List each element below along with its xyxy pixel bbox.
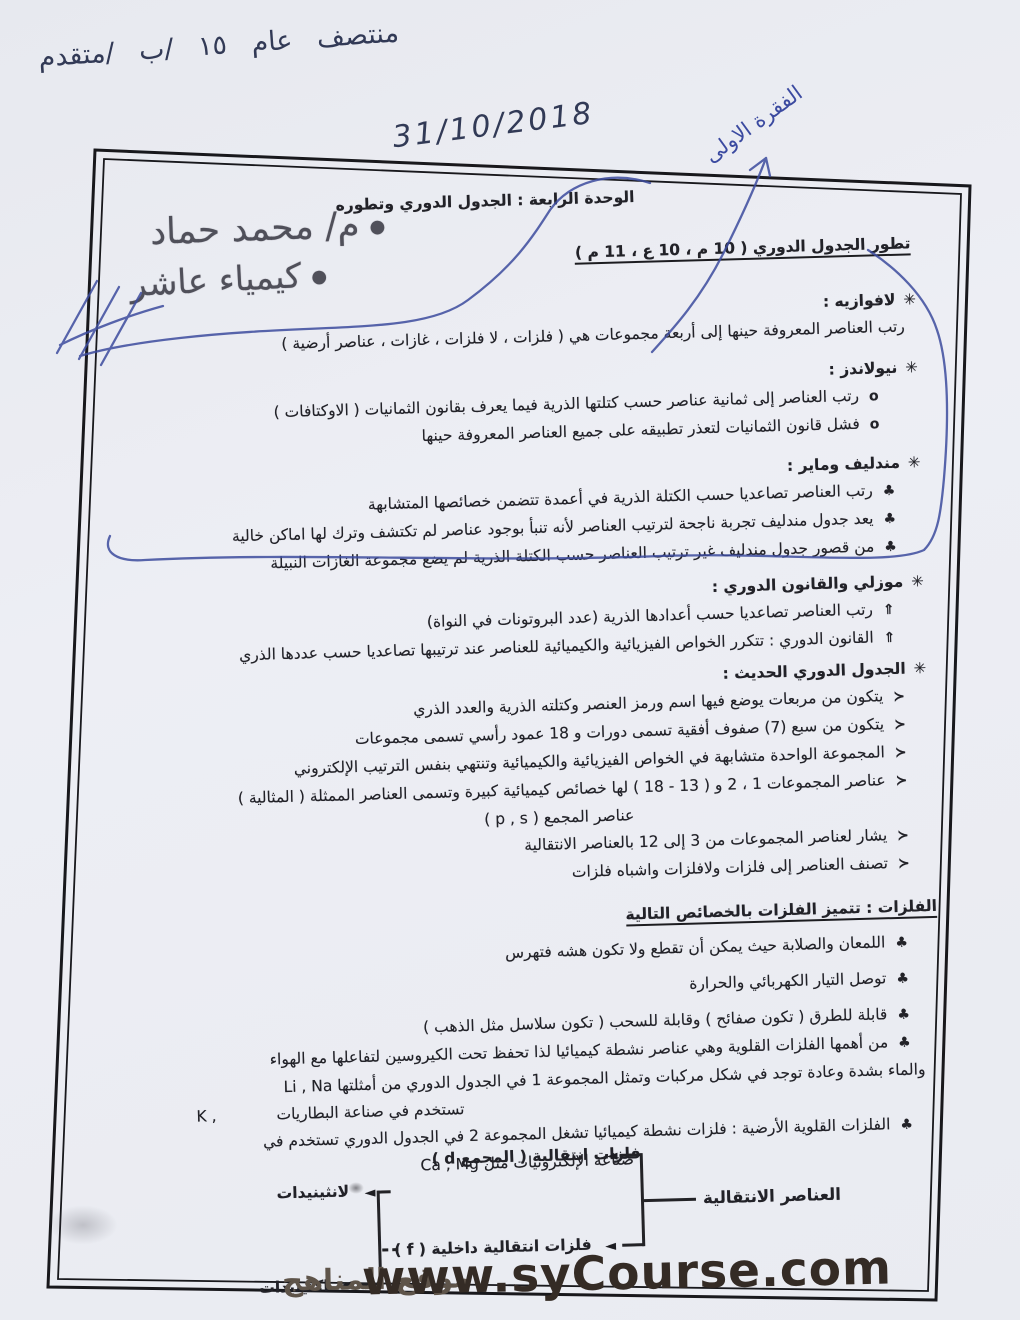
chevron-bullet-icon: ≺ <box>898 856 910 872</box>
chevron-bullet-icon: ≺ <box>897 828 909 844</box>
section-title: موزلي والقانون الدوري : <box>712 573 904 596</box>
ink-blot <box>348 1182 364 1194</box>
lanthanides-label: لانثينيدات <box>276 1178 349 1207</box>
flower-bullet-icon: ✳ <box>903 290 916 308</box>
club-bullet-icon: ♣ <box>896 971 909 987</box>
section-modern-table: ✳الجدول الدوري الحديث : ≺يتكون من مربعات… <box>66 655 936 901</box>
watermark-site-url: www.syCourse.com <box>361 1240 892 1306</box>
chevron-bullet-icon: ≺ <box>893 689 905 705</box>
section-title: الجدول الدوري الحديث : <box>722 660 906 683</box>
handwritten-date: 31/10/2018 <box>391 96 597 155</box>
club-bullet-icon: ♣ <box>883 511 896 527</box>
section-lavoisier: ✳لافوازيه : رتب العناصر المعروفة حينها إ… <box>56 286 921 364</box>
transition-elements-label: العناصر الانتقالية <box>703 1181 842 1212</box>
diagram-line <box>379 1190 391 1193</box>
section-title: لافوازيه : <box>823 291 896 311</box>
section-newlands: ✳نيولاندز : oرتب العناصر إلى ثمانية عناص… <box>58 354 924 461</box>
up-arrow-bullet-icon: ⇑ <box>883 630 895 646</box>
diagram-line <box>620 1153 642 1157</box>
lesson-title: تطور الجدول الدوري ( 10 م ، 10 ع ، 11 م … <box>54 230 918 281</box>
club-bullet-icon: ♣ <box>884 539 897 555</box>
diagram-line <box>644 1198 696 1202</box>
section-mendeleev: ✳مندليف وماير : ♣رتب العناصر تصاعديا حسب… <box>60 449 927 584</box>
section-title: مندليف وماير : <box>787 454 900 475</box>
flower-bullet-icon: ✳ <box>908 453 921 471</box>
up-arrow-bullet-icon: ⇑ <box>883 602 895 618</box>
scan-smudge <box>48 1205 118 1245</box>
handwritten-margin-note: الفقرة الاولى <box>700 81 807 168</box>
chevron-bullet-icon: ≺ <box>895 745 907 761</box>
club-bullet-icon: ♣ <box>895 935 908 951</box>
circle-bullet-icon: o <box>869 388 879 404</box>
club-bullet-icon: ♣ <box>883 483 896 499</box>
chevron-bullet-icon: ≺ <box>895 773 907 789</box>
circle-bullet-icon: o <box>870 416 880 432</box>
scanned-worksheet-page: { "icons": { "section_marker": "✳", "cir… <box>0 0 1020 1320</box>
section-title: نيولاندز : <box>828 359 897 379</box>
handwritten-top-note: منتصف عام ١٥ /ب /متقدم <box>37 17 400 73</box>
left-arrow-icon: ◄ <box>607 1149 618 1163</box>
flower-bullet-icon: ✳ <box>913 659 926 677</box>
left-arrow-icon: ◄ <box>364 1186 375 1200</box>
flower-bullet-icon: ✳ <box>905 358 918 376</box>
unit-title: الوحدة الرابعة : الجدول الدوري وتطوره <box>53 176 917 227</box>
page-content: الوحدة الرابعة : الجدول الدوري وتطوره تط… <box>52 160 947 1314</box>
club-bullet-icon: ♣ <box>900 1117 913 1133</box>
club-bullet-icon: ♣ <box>897 1007 910 1023</box>
chevron-bullet-icon: ≺ <box>894 717 906 733</box>
club-bullet-icon: ♣ <box>898 1035 911 1051</box>
flower-bullet-icon: ✳ <box>911 572 924 590</box>
potassium-symbol: K , <box>196 1103 217 1131</box>
